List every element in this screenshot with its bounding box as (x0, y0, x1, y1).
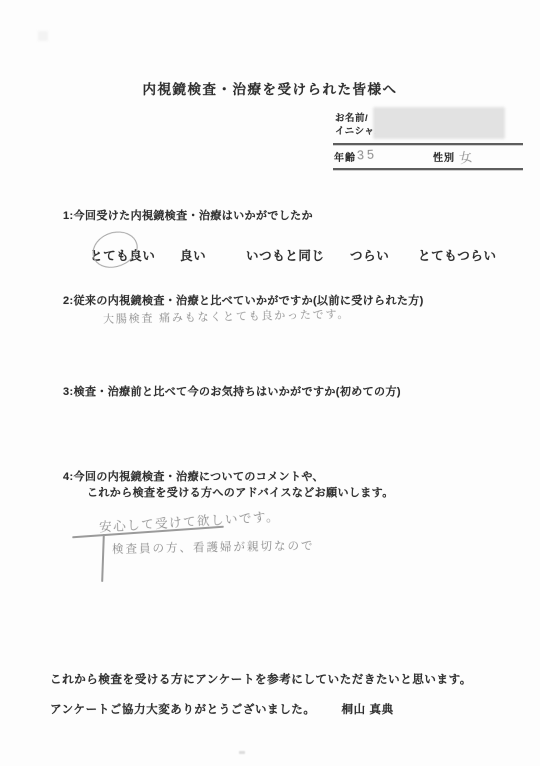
question-2-handwritten-answer: 大腸検査 痛みもなくとても良かったです。 (103, 305, 350, 326)
question-4-text-line2: これから検査を受ける方へのアドバイスなどお願いします。 (87, 484, 394, 500)
scan-smudge (38, 31, 48, 41)
question-4-handwritten-answer-line2: 検査員の方、看護婦が親切なので (112, 537, 315, 557)
selected-option-circle-mark (88, 227, 141, 272)
redacted-name-value (373, 107, 505, 139)
footer-line2-wrap: アンケートご協力大変ありがとうございました。桐山 真典 (50, 701, 394, 717)
gender-handwritten-value: 女 (457, 146, 473, 167)
name-label-line1: お名前/ (335, 110, 368, 124)
option-totemo-tsurai: とてもつらい (418, 246, 497, 264)
question-3-text: 3:検査・治療前と比べて今のお気持ちはいかがですか(初めての方) (63, 383, 401, 399)
option-yoi: 良い (180, 246, 206, 264)
page-title: 内視鏡検査・治療を受けられた皆様へ (0, 78, 540, 98)
question-4-text-line1: 4:今回の内視鏡検査・治療についてのコメントや、 (63, 468, 324, 484)
age-handwritten-value: 35 (357, 147, 378, 162)
form-divider-line-top (333, 143, 523, 145)
question-1-text: 1:今回受けた内視鏡検査・治療はいかがでしたか (63, 207, 313, 223)
scanned-questionnaire-page: 内視鏡検査・治療を受けられた皆様へ お名前/ イニシャル 年齢 35 性別 女 … (0, 0, 540, 766)
age-label: 年齢 (334, 149, 356, 164)
gender-label: 性別 (433, 149, 455, 164)
scan-speck (239, 751, 245, 754)
option-tsurai: つらい (350, 246, 389, 264)
handwritten-vertical-stroke (101, 534, 105, 582)
footer-thanks-text: アンケートご協力大変ありがとうございました。 (50, 704, 316, 716)
question-4-handwritten-answer-line1: 安心して受けて欲しいです。 (99, 506, 281, 535)
signature-name: 桐山 真典 (342, 704, 394, 716)
footer-line1: これから検査を受ける方にアンケートを参考にしていただきたいと思います。 (50, 671, 472, 687)
question-2-text: 2:従来の内視鏡検査・治療と比べていかがですか(以前に受けられた方) (63, 292, 424, 308)
option-itsumo-to-onaji: いつもと同じ (246, 246, 325, 264)
form-divider-line-bottom (333, 168, 523, 170)
